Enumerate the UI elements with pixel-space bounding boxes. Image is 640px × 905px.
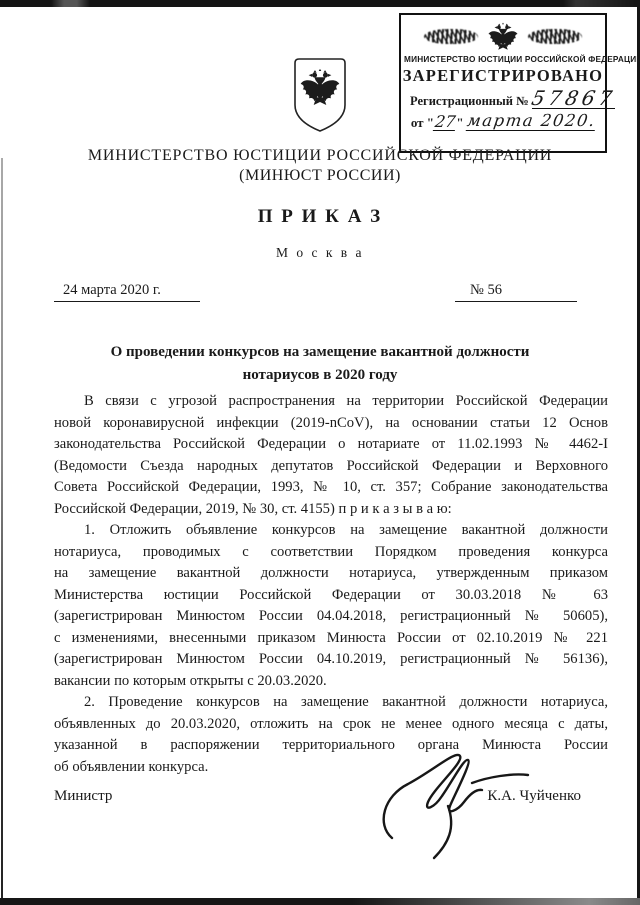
laurel-ornament-left-icon bbox=[424, 29, 478, 44]
body-line: объявленных до 20.03.2020, отложить на с… bbox=[54, 714, 608, 736]
subject-line-2: нотариусов в 2020 году bbox=[0, 364, 640, 387]
body-line: В связи с угрозой распространения на тер… bbox=[54, 391, 608, 413]
double-headed-eagle-icon bbox=[487, 22, 519, 51]
registration-number-value: 57867 bbox=[530, 88, 618, 108]
subject-heading: О проведении конкурсов на замещение вака… bbox=[0, 341, 640, 386]
body-line: с изменениями, внесенными приказом Минюс… bbox=[54, 628, 608, 650]
body-line: нотариуса, проводимых с соответствии Пор… bbox=[54, 542, 608, 564]
stamp-date-day: 27 bbox=[433, 114, 458, 131]
minister-title: Министр bbox=[54, 788, 112, 805]
body-line: Совета Российской Федерации, 1993, № 10,… bbox=[54, 477, 608, 499]
document-page: МИНИСТЕРСТВО ЮСТИЦИИ РОССИЙСКОЙ ФЕДЕРАЦИ… bbox=[0, 0, 640, 905]
stamp-ministry-label: МИНИСТЕРСТВО ЮСТИЦИИ РОССИЙСКОЙ ФЕДЕРАЦИ… bbox=[404, 54, 602, 64]
registration-number-underline: 57867 bbox=[532, 88, 616, 109]
organization-name-line1: МИНИСТЕРСТВО ЮСТИЦИИ РОССИЙСКОЙ ФЕДЕРАЦИ… bbox=[0, 147, 640, 165]
minister-name: К.А. Чуйченко bbox=[487, 788, 581, 805]
subject-line-1: О проведении конкурсов на замещение вака… bbox=[0, 341, 640, 364]
registration-number-label: Регистрационный № bbox=[410, 94, 529, 109]
body-line: 1. Отложить объявление конкурсов на заме… bbox=[54, 520, 608, 542]
body-text: В связи с угрозой распространения на тер… bbox=[54, 391, 608, 778]
body-line: Министерства юстиции Российской Федераци… bbox=[54, 585, 608, 607]
coat-of-arms-shield-icon bbox=[290, 56, 350, 134]
body-line: законодательства Российской Федерации о … bbox=[54, 434, 608, 456]
stamp-date-close-quote: " bbox=[456, 115, 463, 131]
stamp-emblem-row bbox=[401, 21, 605, 51]
body-line: Российской Федерации, 2019, № 30, ст. 41… bbox=[54, 499, 608, 521]
document-number: № 56 bbox=[455, 282, 577, 302]
stamp-date-month-year: марта 2020. bbox=[465, 113, 596, 131]
body-line: (Ведомости Съезда народных депутатов Рос… bbox=[54, 456, 608, 478]
date-number-row: 24 марта 2020 г. № 56 bbox=[54, 282, 577, 302]
document-date: 24 марта 2020 г. bbox=[54, 282, 200, 302]
body-line: (зарегистрирован Минюстом России 04.10.2… bbox=[54, 649, 608, 671]
body-line: (зарегистрирован Минюстом России 04.04.2… bbox=[54, 606, 608, 628]
stamp-date-line: от "27"марта 2020. bbox=[401, 113, 605, 131]
scan-border-top bbox=[0, 0, 640, 7]
stamp-registered-label: ЗАРЕГИСТРИРОВАНО bbox=[401, 66, 605, 86]
body-line: 2. Проведение конкурсов на замещение вак… bbox=[54, 692, 608, 714]
scan-border-left bbox=[1, 158, 3, 905]
signature-row: Министр К.А. Чуйченко bbox=[54, 788, 581, 805]
laurel-ornament-right-icon bbox=[528, 29, 582, 44]
registration-stamp: МИНИСТЕРСТВО ЮСТИЦИИ РОССИЙСКОЙ ФЕДЕРАЦИ… bbox=[399, 13, 607, 153]
body-line: на замещение вакантной должности нотариу… bbox=[54, 563, 608, 585]
document-type-title: П Р И К А З bbox=[0, 206, 640, 228]
organization-name-line2: (МИНЮСТ РОССИИ) bbox=[0, 167, 640, 185]
body-line: новой коронавирусной инфекции (2019-nCoV… bbox=[54, 413, 608, 435]
city-label: М о с к в а bbox=[0, 245, 640, 261]
scan-border-bottom bbox=[0, 898, 640, 905]
stamp-date-prefix: от " bbox=[411, 115, 434, 131]
stamp-registration-number-line: Регистрационный № 57867 bbox=[410, 88, 598, 109]
body-line: вакансии по которым открыты с 20.03.2020… bbox=[54, 671, 608, 693]
